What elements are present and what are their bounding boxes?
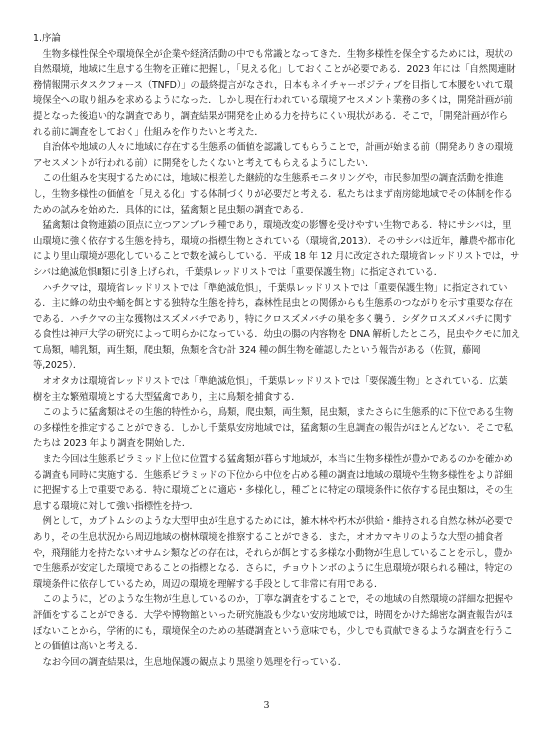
text-line: れる前に調査をしておく」仕組みを作りたいと考えた． (33, 125, 501, 141)
text-line: このように猛禽類はその生態的特性から，鳥類，爬虫類，両生類，昆虫類，またさらに生… (33, 405, 501, 421)
paragraph: 自治体や地域の人々に地域に存在する生態系の価値を認識してもらうことで，計画が始ま… (33, 140, 501, 171)
text-line: 環境条件に依存しているため，周辺の環境を理解する手段として非常に有用である． (33, 577, 501, 593)
text-line: る調査も同時に実施する．生態系ピラミッドの下位から中位を占める種の調査は地域の環… (33, 468, 501, 484)
text-line: このように，どのような生物が生息しているのか，丁寧な調査をすることで，その地域の… (33, 592, 501, 608)
text-line: ハチクマは，環境省レッドリストでは「準絶滅危惧」，千葉県レッドリストでは「重要保… (33, 281, 501, 297)
text-line: あり，その生息状況から周辺地域の樹林環境を推察することができる．また，オオカマキ… (33, 530, 501, 546)
document-page: 1.序論 生物多様性保全や環境保全が企業や経済活動の中でも常識となってきた．生物… (33, 31, 501, 670)
paragraph: この仕組みを実現するためには，地域に根差した継続的な生態系モニタリングや，市民参… (33, 171, 501, 218)
text-line: 境保全への取り組みを求めるようになった．しかし現在行われている環境アセスメント業… (33, 93, 501, 109)
text-line: や，飛翔能力を持たないオサムシ類などの存在は，それらが餌とする多様な小動物が生息… (33, 546, 501, 562)
text-line: 自然環境，地域に生息する生物を正確に把握し，「見える化」しておくことが必要である… (33, 62, 501, 78)
text-line: 等,2025）． (33, 358, 501, 374)
text-line: たちは 2023 年より調査を開始した． (33, 436, 501, 452)
text-line: 例として，カブトムシのような大型甲虫が生息するためには，雑木林や朽木が供給・維持… (33, 514, 501, 530)
text-line: オオタカは環境省レッドリストでは「準絶滅危惧」，千葉県レッドリストでは「要保護生… (33, 374, 501, 390)
text-line: また今回は生態系ピラミッド上位に位置する猛禽類が暮らす地域が，本当に生物多様性が… (33, 452, 501, 468)
paragraph: このように猛禽類はその生態的特性から，鳥類，爬虫類，両生類，昆虫類，またさらに生… (33, 405, 501, 452)
text-line: て鳥類，哺乳類，両生類，爬虫類，魚類を含む計 324 種の餌生物を確認したという… (33, 343, 501, 359)
text-line: に把握する上で重要である．特に環境ごとに適応・多様化し，種ごとに特定の環境条件に… (33, 483, 501, 499)
text-line: アセスメントが行われる前）に開発をしたくないと考えてもらえるようにしたい． (33, 156, 501, 172)
paragraph: ハチクマは，環境省レッドリストでは「準絶滅危惧」，千葉県レッドリストでは「重要保… (33, 281, 501, 375)
text-line: 猛禽類は食物連鎖の頂点に立つアンブレラ種であり，環境改変の影響を受けやすい生物で… (33, 218, 501, 234)
text-line: る食性は神戸大学の研究によって明らかになっている．幼虫の腸の内容物を DNA 解… (33, 327, 501, 343)
text-line: で生態系が安定した環境であることの指標となる．さらに，チョウトンボのように生息環… (33, 561, 501, 577)
text-line: 提となった後追い的な調査であり，調査結果が開発を止める力を持ちにくい現状がある．… (33, 109, 501, 125)
text-line: 山環境に強く依存する生態を持ち，環境の指標生物とされている（環境省,2013）．… (33, 234, 501, 250)
text-line: し，生物多様性の価値を「見える化」する体制づくりが必要だと考える．私たちはまず南… (33, 187, 501, 203)
section-heading: 1.序論 (33, 31, 501, 47)
paragraph: このように，どのような生物が生息しているのか，丁寧な調査をすることで，その地域の… (33, 592, 501, 654)
document-body: 生物多様性保全や環境保全が企業や経済活動の中でも常識となってきた．生物多様性を保… (33, 47, 501, 671)
text-line: との価値は高いと考える． (33, 639, 501, 655)
paragraph: 生物多様性保全や環境保全が企業や経済活動の中でも常識となってきた．生物多様性を保… (33, 47, 501, 141)
page-number: 3 (0, 700, 533, 711)
text-line: る．主に蜂の幼虫や蛹を餌とする独特な生態を持ち，森林性昆虫との関係からも生態系の… (33, 296, 501, 312)
text-line: ぼないことから，学術的にも，環境保全のための基礎調査という意味でも，少しでも貢献… (33, 624, 501, 640)
text-line: である．ハチクマの主な獲物はスズメバチであり，特にクロスズメバチの巣を多く襲う．… (33, 312, 501, 328)
paragraph: 例として，カブトムシのような大型甲虫が生息するためには，雑木林や朽木が供給・維持… (33, 514, 501, 592)
text-line: シバは絶滅危惧Ⅱ類に引き上げられ，千葉県レッドリストでは「重要保護生物」に指定さ… (33, 265, 501, 281)
text-line: の多様性を推定することができる．しかし千葉県安房地域では，猛禽類の生息調査の報告… (33, 421, 501, 437)
text-line: なお今回の調査結果は，生息地保護の観点より黒塗り処理を行っている． (33, 655, 501, 671)
paragraph: オオタカは環境省レッドリストでは「準絶滅危惧」，千葉県レッドリストでは「要保護生… (33, 374, 501, 405)
paragraph: 猛禽類は食物連鎖の頂点に立つアンブレラ種であり，環境改変の影響を受けやすい生物で… (33, 218, 501, 280)
text-line: 務情報開示タスクフォース（TNFD）」の最終提言がなされ，日本もネイチャーポジテ… (33, 78, 501, 94)
text-line: 樹を主な繁殖環境とする大型猛禽であり，主に鳥類を捕食する． (33, 390, 501, 406)
text-line: 息する環境に対して強い指標性を持つ． (33, 499, 501, 515)
text-line: により里山環境が悪化していることで数を減らしている．平成 18 年 12 月に改… (33, 249, 501, 265)
text-line: 評価をすることができる．大学や博物館といった研究施設も少ない安房地域では，時間を… (33, 608, 501, 624)
text-line: ための試みを始めた．具体的には，猛禽類と昆虫類の調査である． (33, 203, 501, 219)
paragraph: また今回は生態系ピラミッド上位に位置する猛禽類が暮らす地域が，本当に生物多様性が… (33, 452, 501, 514)
text-line: 生物多様性保全や環境保全が企業や経済活動の中でも常識となってきた．生物多様性を保… (33, 47, 501, 63)
text-line: 自治体や地域の人々に地域に存在する生態系の価値を認識してもらうことで，計画が始ま… (33, 140, 501, 156)
paragraph: なお今回の調査結果は，生息地保護の観点より黒塗り処理を行っている． (33, 655, 501, 671)
text-line: この仕組みを実現するためには，地域に根差した継続的な生態系モニタリングや，市民参… (33, 171, 501, 187)
